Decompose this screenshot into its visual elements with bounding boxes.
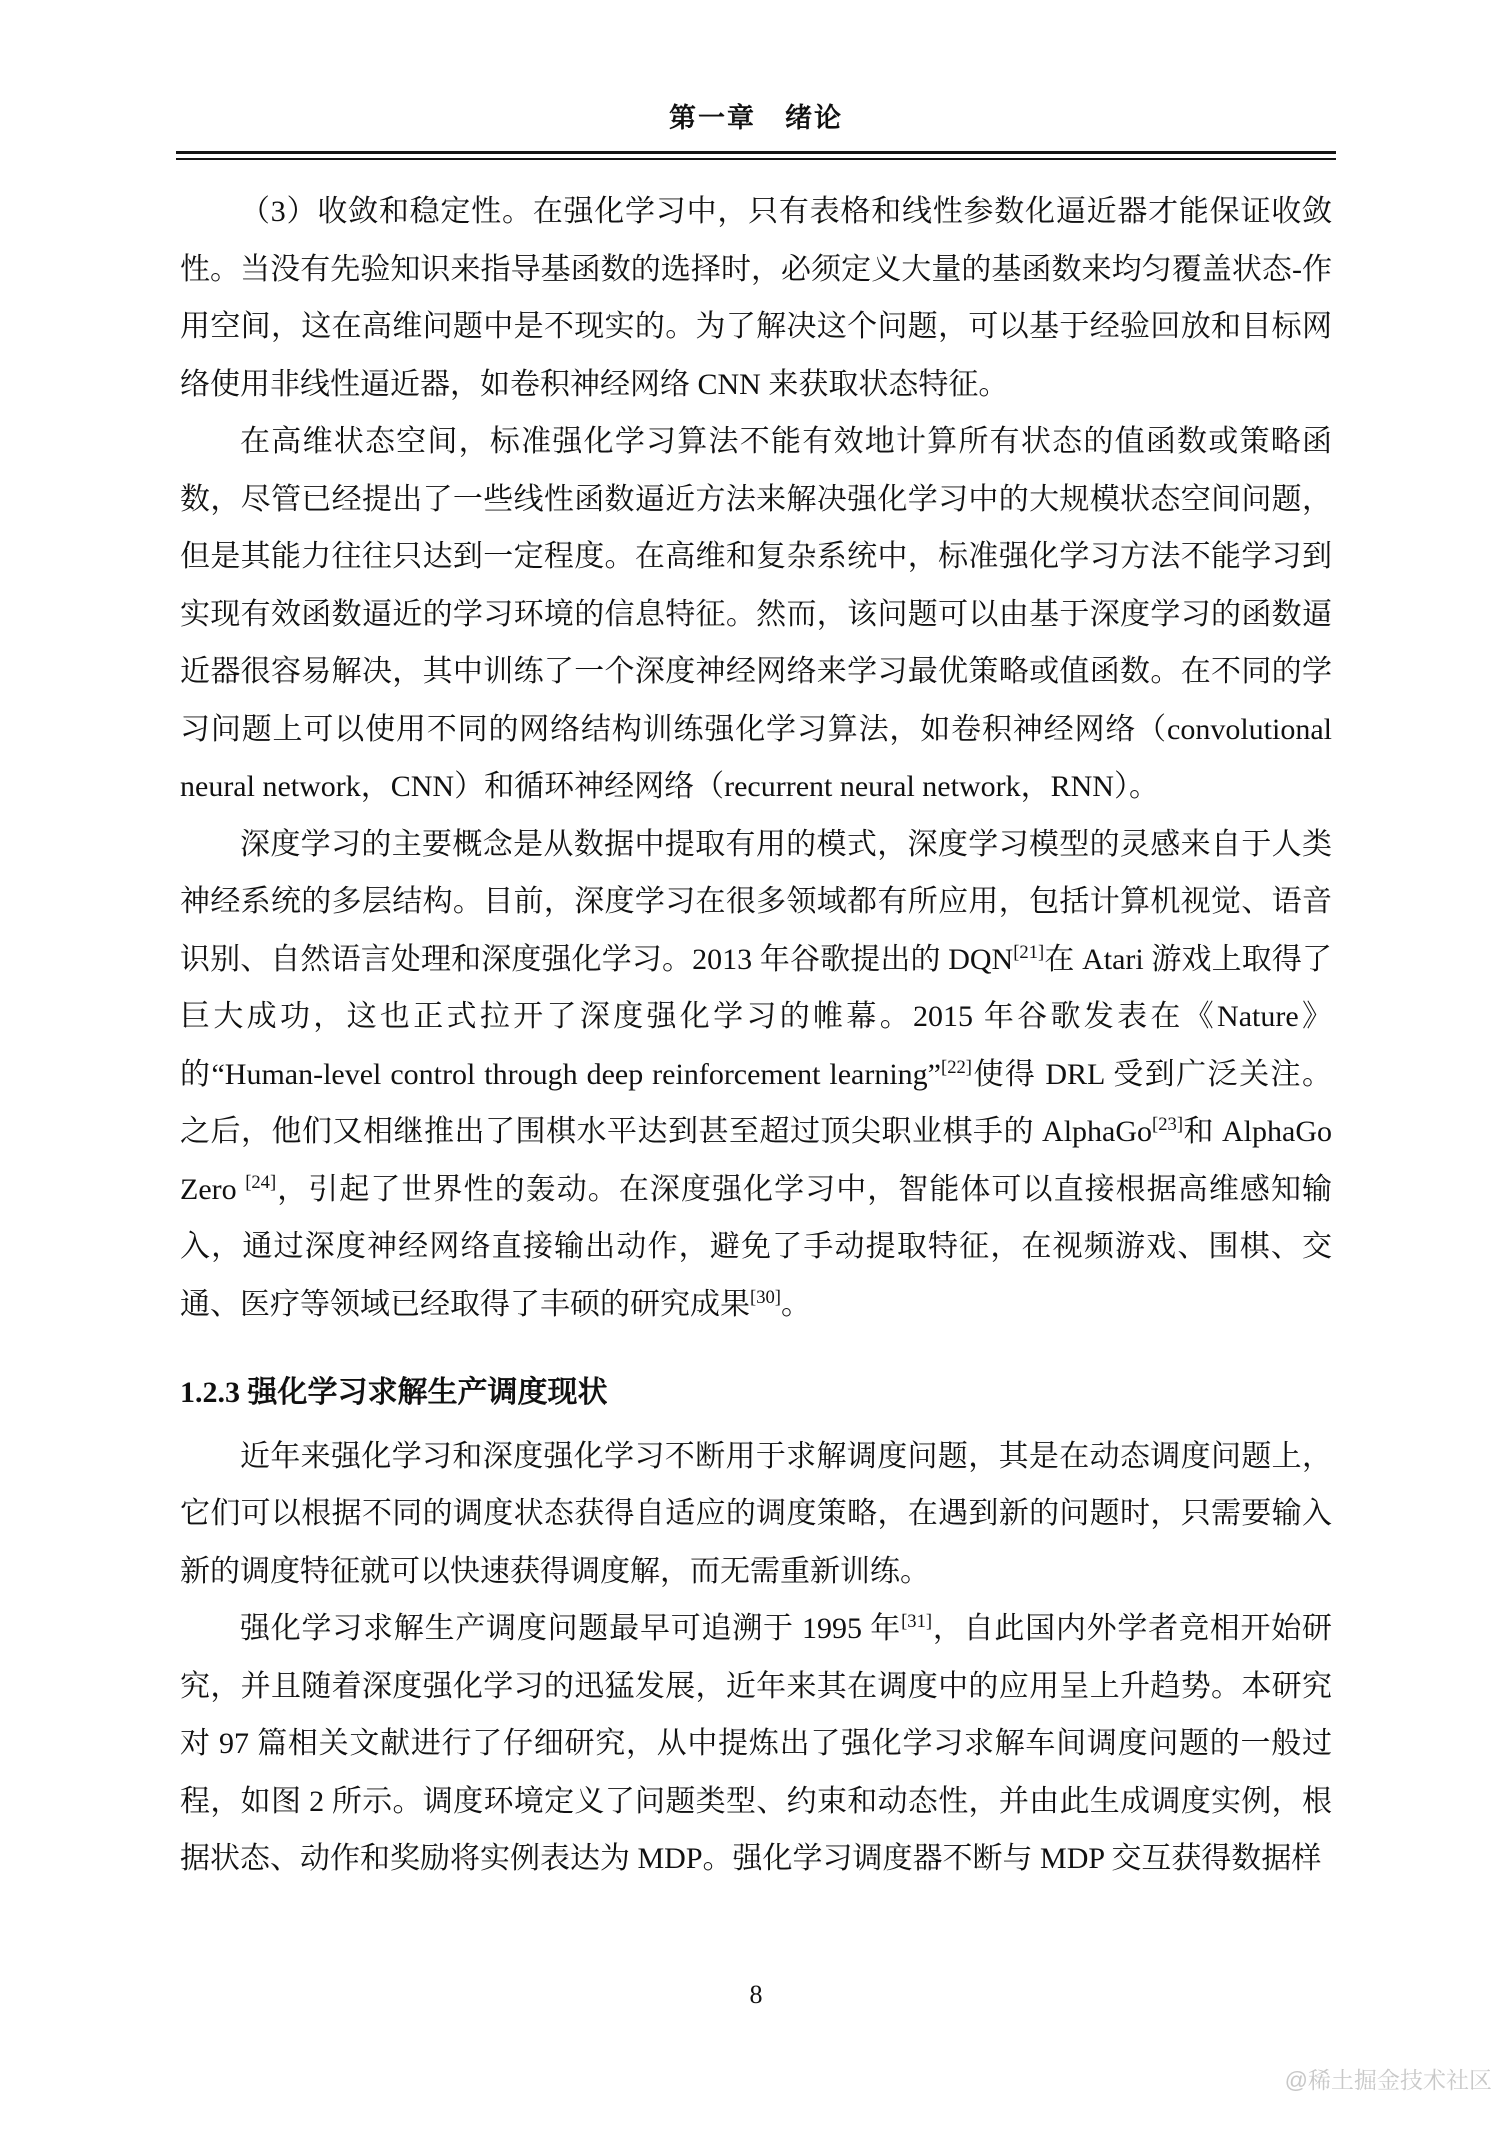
body-content: （3）收敛和稳定性。在强化学习中，只有表格和线性参数化逼近器才能保证收敛性。当没…: [180, 183, 1332, 1888]
document-page: 第一章 绪论 （3）收敛和稳定性。在强化学习中，只有表格和线性参数化逼近器才能保…: [0, 0, 1512, 2138]
citation-superscript: [22]: [941, 1057, 972, 1078]
citation-superscript: [21]: [1013, 942, 1044, 963]
citation-superscript: [31]: [901, 1611, 932, 1632]
paragraph: （3）收敛和稳定性。在强化学习中，只有表格和线性参数化逼近器才能保证收敛性。当没…: [180, 183, 1332, 413]
header-divider-rule: [176, 151, 1336, 160]
paragraph: 在高维状态空间，标准强化学习算法不能有效地计算所有状态的值函数或策略函数，尽管已…: [180, 413, 1332, 816]
watermark: @稀土掘金技术社区: [1285, 2062, 1492, 2095]
page-number: 8: [180, 1980, 1332, 2010]
paragraph: 强化学习求解生产调度问题最早可追溯于 1995 年[31]，自此国内外学者竞相开…: [180, 1600, 1332, 1888]
paragraph: 深度学习的主要概念是从数据中提取有用的模式，深度学习模型的灵感来自于人类神经系统…: [180, 816, 1332, 1334]
section-heading: 1.2.3 强化学习求解生产调度现状: [180, 1364, 1332, 1422]
citation-superscript: [23]: [1152, 1114, 1183, 1135]
citation-superscript: [24]: [245, 1172, 276, 1193]
running-header: 第一章 绪论: [180, 96, 1332, 135]
citation-superscript: [30]: [750, 1287, 781, 1308]
paragraph: 近年来强化学习和深度强化学习不断用于求解调度问题，其是在动态调度问题上，它们可以…: [180, 1428, 1332, 1601]
